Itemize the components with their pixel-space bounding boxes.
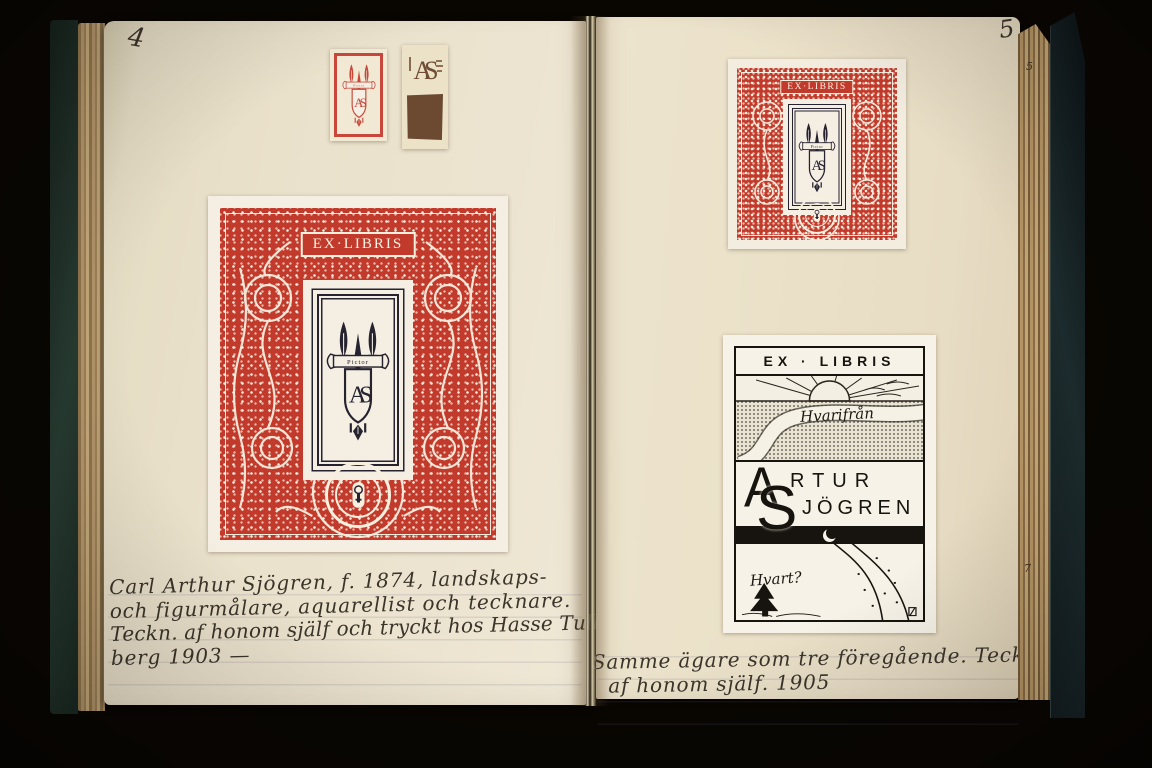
bw-name-initial-s: S [756,478,797,540]
small-red-crest [340,62,378,128]
page-stack-edges-left [78,23,105,711]
right-red-exlibris-banner: EX·LIBRIS [780,80,853,94]
bookplate-small-brown: AS [402,45,448,149]
large-red-exlibris-banner: EX·LIBRIS [301,232,416,257]
bookplate-black-white: EX · LIBRIS Hvarifrån [723,335,936,633]
crescent-moon-icon [823,529,836,542]
bw-exlibris-title: EX · LIBRIS [736,348,923,376]
key-monogram-icon [813,208,821,222]
caption-right: Samme ägare som tre föregående. Teckn. a… [592,643,1047,698]
caption-left: Carl Arthur Sjögren, f. 1874, landskaps-… [109,564,607,670]
page-stack-edges-right: 5 7 [1018,24,1050,700]
large-red-crest [322,304,394,456]
photo-of-open-bookplate-album: 4 AS [0,0,1152,768]
large-red-medallion [325,462,391,528]
bw-owner-name: A RTUR S JÖGREN [736,462,923,526]
large-red-medallion-ring [335,472,381,518]
bookplate-right-red: EX·LIBRIS [728,59,906,249]
right-red-crest [796,113,838,201]
right-red-field: EX·LIBRIS [737,68,897,240]
right-red-medallion-ring [805,203,829,227]
large-red-center-panel [317,294,399,466]
book-cover-right-edge [1050,12,1085,718]
bw-scene-whither: Hvart? [736,544,923,620]
page-number-right: 5 [997,14,1016,44]
page-number-left: 4 [126,22,148,54]
key-monogram-icon [351,482,366,508]
bw-to-label: Hvart? [749,568,802,590]
small-brown-ink-block [407,94,443,140]
bookplate-small-red [330,49,387,141]
book-cover-left-edge [50,20,78,714]
bw-name-last-rest: JÖGREN [802,498,915,518]
fore-edge-number-top: 5 [1026,60,1033,73]
fore-edge-number-bottom: 7 [1024,562,1031,575]
bw-frame: EX · LIBRIS Hvarifrån [734,346,925,622]
bw-scene-whence: Hvarifrån [736,376,923,462]
album-page-left: 4 AS [104,21,586,705]
small-brown-monogram-art: AS [405,51,445,91]
right-red-center-panel [792,108,842,206]
album-page-right: 5 EX·LIBRIS [596,17,1020,699]
bw-name-first-rest: RTUR [790,471,877,491]
large-red-field: EX·LIBRIS [220,208,496,540]
right-red-medallion [798,196,836,234]
small-brown-monogram: AS [413,56,437,85]
bookplate-large-red: EX·LIBRIS [208,196,508,552]
